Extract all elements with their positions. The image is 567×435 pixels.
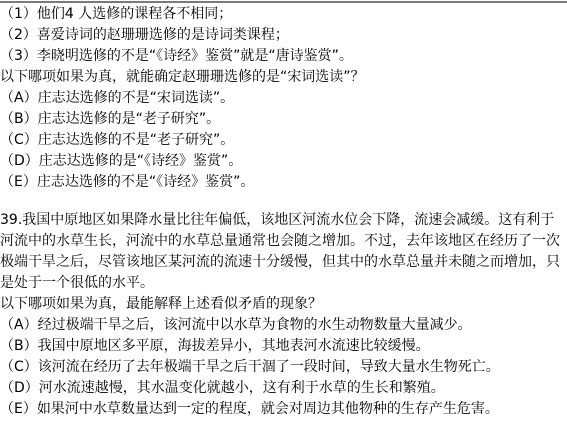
question-38-option-b: （B）庄志达选修的是“老子研究”。 xyxy=(0,109,567,130)
question-39-option-a: （A）经过极端干旱之后，该河流中以水草为食物的水生动物数量大量减少。 xyxy=(0,315,567,336)
question-38-option-c: （C）庄志达选修的不是“老子研究”。 xyxy=(0,130,567,151)
question-39-option-e: （E）如果河中水草数量达到一定的程度，就会对周边其他物种的生存产生危害。 xyxy=(0,399,567,420)
question-38-premise-3: （3）李晓明选修的不是“《诗经》鉴赏”就是“唐诗鉴赏”。 xyxy=(0,46,567,67)
question-38-option-d: （D）庄志达选修的是“《诗经》鉴赏”。 xyxy=(0,151,567,172)
question-39-body-line-2: 河流中的水草生长，河流中的水草总量通常也会随之增加。不过，去年该地区在经历了一次 xyxy=(0,231,567,252)
block-spacer xyxy=(0,193,567,210)
top-divider-rule xyxy=(0,1,567,3)
question-38-premise-1: （1）他们4 人选修的课程各不相同； xyxy=(0,4,567,25)
question-38-option-e: （E）庄志达选修的不是“《诗经》鉴赏”。 xyxy=(0,172,567,193)
question-39-body-line-1: 39.我国中原地区如果降水量比往年偏低，该地区河流水位会下降，流速会减缓。这有利… xyxy=(0,210,567,231)
question-38-block: （1）他们4 人选修的课程各不相同； （2）喜爱诗词的赵珊珊选修的是诗词类课程；… xyxy=(0,4,567,193)
question-39-option-d: （D）河水流速越慢，其水温变化就越小，这有利于水草的生长和繁殖。 xyxy=(0,378,567,399)
question-39-option-c: （C）该河流在经历了去年极端干旱之后干涸了一段时间，导致大量水生物死亡。 xyxy=(0,357,567,378)
document-page: （1）他们4 人选修的课程各不相同； （2）喜爱诗词的赵珊珊选修的是诗词类课程；… xyxy=(0,0,567,435)
question-38-option-a: （A）庄志达选修的不是“宋词选读”。 xyxy=(0,88,567,109)
question-39-block: 39.我国中原地区如果降水量比往年偏低，该地区河流水位会下降，流速会减缓。这有利… xyxy=(0,210,567,420)
question-39-body-line-4: 是处于一个很低的水平。 xyxy=(0,273,567,294)
question-39-stem: 以下哪项如果为真，最能解释上述看似矛盾的现象？ xyxy=(0,294,567,315)
document-body: （1）他们4 人选修的课程各不相同； （2）喜爱诗词的赵珊珊选修的是诗词类课程；… xyxy=(0,4,567,420)
question-39-option-b: （B）我国中原地区多平原，海拔差异小，其地表河水流速比较缓慢。 xyxy=(0,336,567,357)
question-38-stem: 以下哪项如果为真，就能确定赵珊珊选修的是“宋词选读”？ xyxy=(0,67,567,88)
question-39-body-line-3: 极端干旱之后，尽管该地区某河流的流速十分缓慢，但其中的水草总量并未随之而增加，只 xyxy=(0,252,567,273)
question-38-premise-2: （2）喜爱诗词的赵珊珊选修的是诗词类课程； xyxy=(0,25,567,46)
